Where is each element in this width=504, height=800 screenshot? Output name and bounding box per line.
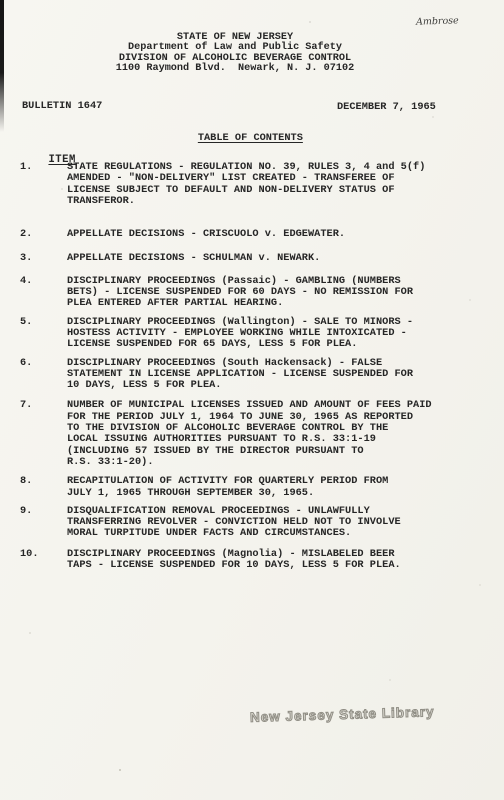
toc-item-4: 4. DISCIPLINARY PROCEEDINGS (Passaic) - … [20, 276, 486, 310]
toc-item-8: 8. RECAPITULATION OF ACTIVITY FOR QUARTE… [20, 476, 486, 499]
library-stamp: New Jersey State Library [250, 704, 435, 725]
toc-item-text: DISCIPLINARY PROCEEDINGS (South Hackensa… [67, 358, 486, 392]
toc-item-number: 10. [20, 549, 67, 560]
toc-item-text: RECAPITULATION OF ACTIVITY FOR QUARTERLY… [67, 476, 486, 499]
toc-item-text: DISQUALIFICATION REMOVAL PROCEEDINGS - U… [67, 506, 486, 540]
toc-item-number: 5. [20, 317, 67, 328]
toc-item-number: 6. [20, 358, 67, 369]
toc-item-list: 1. STATE REGULATIONS - REGULATION NO. 39… [20, 162, 486, 579]
toc-item-text: DISCIPLINARY PROCEEDINGS (Wallington) - … [67, 317, 486, 351]
toc-item-number: 3. [20, 253, 67, 264]
toc-item-3: 3. APPELLATE DECISIONS - SCHULMAN v. NEW… [20, 253, 486, 264]
toc-item-text: DISCIPLINARY PROCEEDINGS (Passaic) - GAM… [67, 276, 486, 310]
toc-item-number: 9. [20, 506, 67, 517]
letterhead-address-line: 1100 Raymond Blvd. Newark, N. J. 07102 [0, 64, 470, 74]
toc-item-1: 1. STATE REGULATIONS - REGULATION NO. 39… [20, 162, 486, 207]
toc-title-text: TABLE OF CONTENTS [198, 132, 303, 144]
letterhead: STATE OF NEW JERSEY Department of Law an… [0, 33, 470, 75]
toc-item-number: 4. [20, 276, 67, 287]
toc-item-10: 10. DISCIPLINARY PROCEEDINGS (Magnolia) … [20, 549, 486, 572]
toc-item-text: APPELLATE DECISIONS - SCHULMAN v. NEWARK… [67, 253, 486, 264]
bulletin-number: BULLETIN 1647 [22, 100, 102, 112]
document-page: Ambrose STATE OF NEW JERSEY Department o… [0, 0, 504, 800]
toc-item-text: NUMBER OF MUNICIPAL LICENSES ISSUED AND … [67, 400, 486, 468]
toc-item-2: 2. APPELLATE DECISIONS - CRISCUOLO v. ED… [20, 229, 486, 240]
toc-item-number: 1. [20, 162, 67, 173]
toc-item-9: 9. DISQUALIFICATION REMOVAL PROCEEDINGS … [20, 506, 486, 540]
handwritten-name-annotation: Ambrose [416, 15, 459, 27]
toc-item-6: 6. DISCIPLINARY PROCEEDINGS (South Hacke… [20, 358, 486, 392]
toc-item-text: STATE REGULATIONS - REGULATION NO. 39, R… [67, 162, 486, 207]
toc-item-number: 8. [20, 476, 67, 487]
toc-item-text: DISCIPLINARY PROCEEDINGS (Magnolia) - MI… [67, 549, 486, 572]
toc-item-number: 7. [20, 400, 67, 411]
bulletin-date: DECEMBER 7, 1965 [337, 101, 436, 113]
toc-item-7: 7. NUMBER OF MUNICIPAL LICENSES ISSUED A… [20, 400, 486, 468]
toc-item-number: 2. [20, 229, 67, 240]
toc-item-text: APPELLATE DECISIONS - CRISCUOLO v. EDGEW… [67, 229, 486, 240]
toc-item-5: 5. DISCIPLINARY PROCEEDINGS (Wallington)… [20, 317, 486, 351]
